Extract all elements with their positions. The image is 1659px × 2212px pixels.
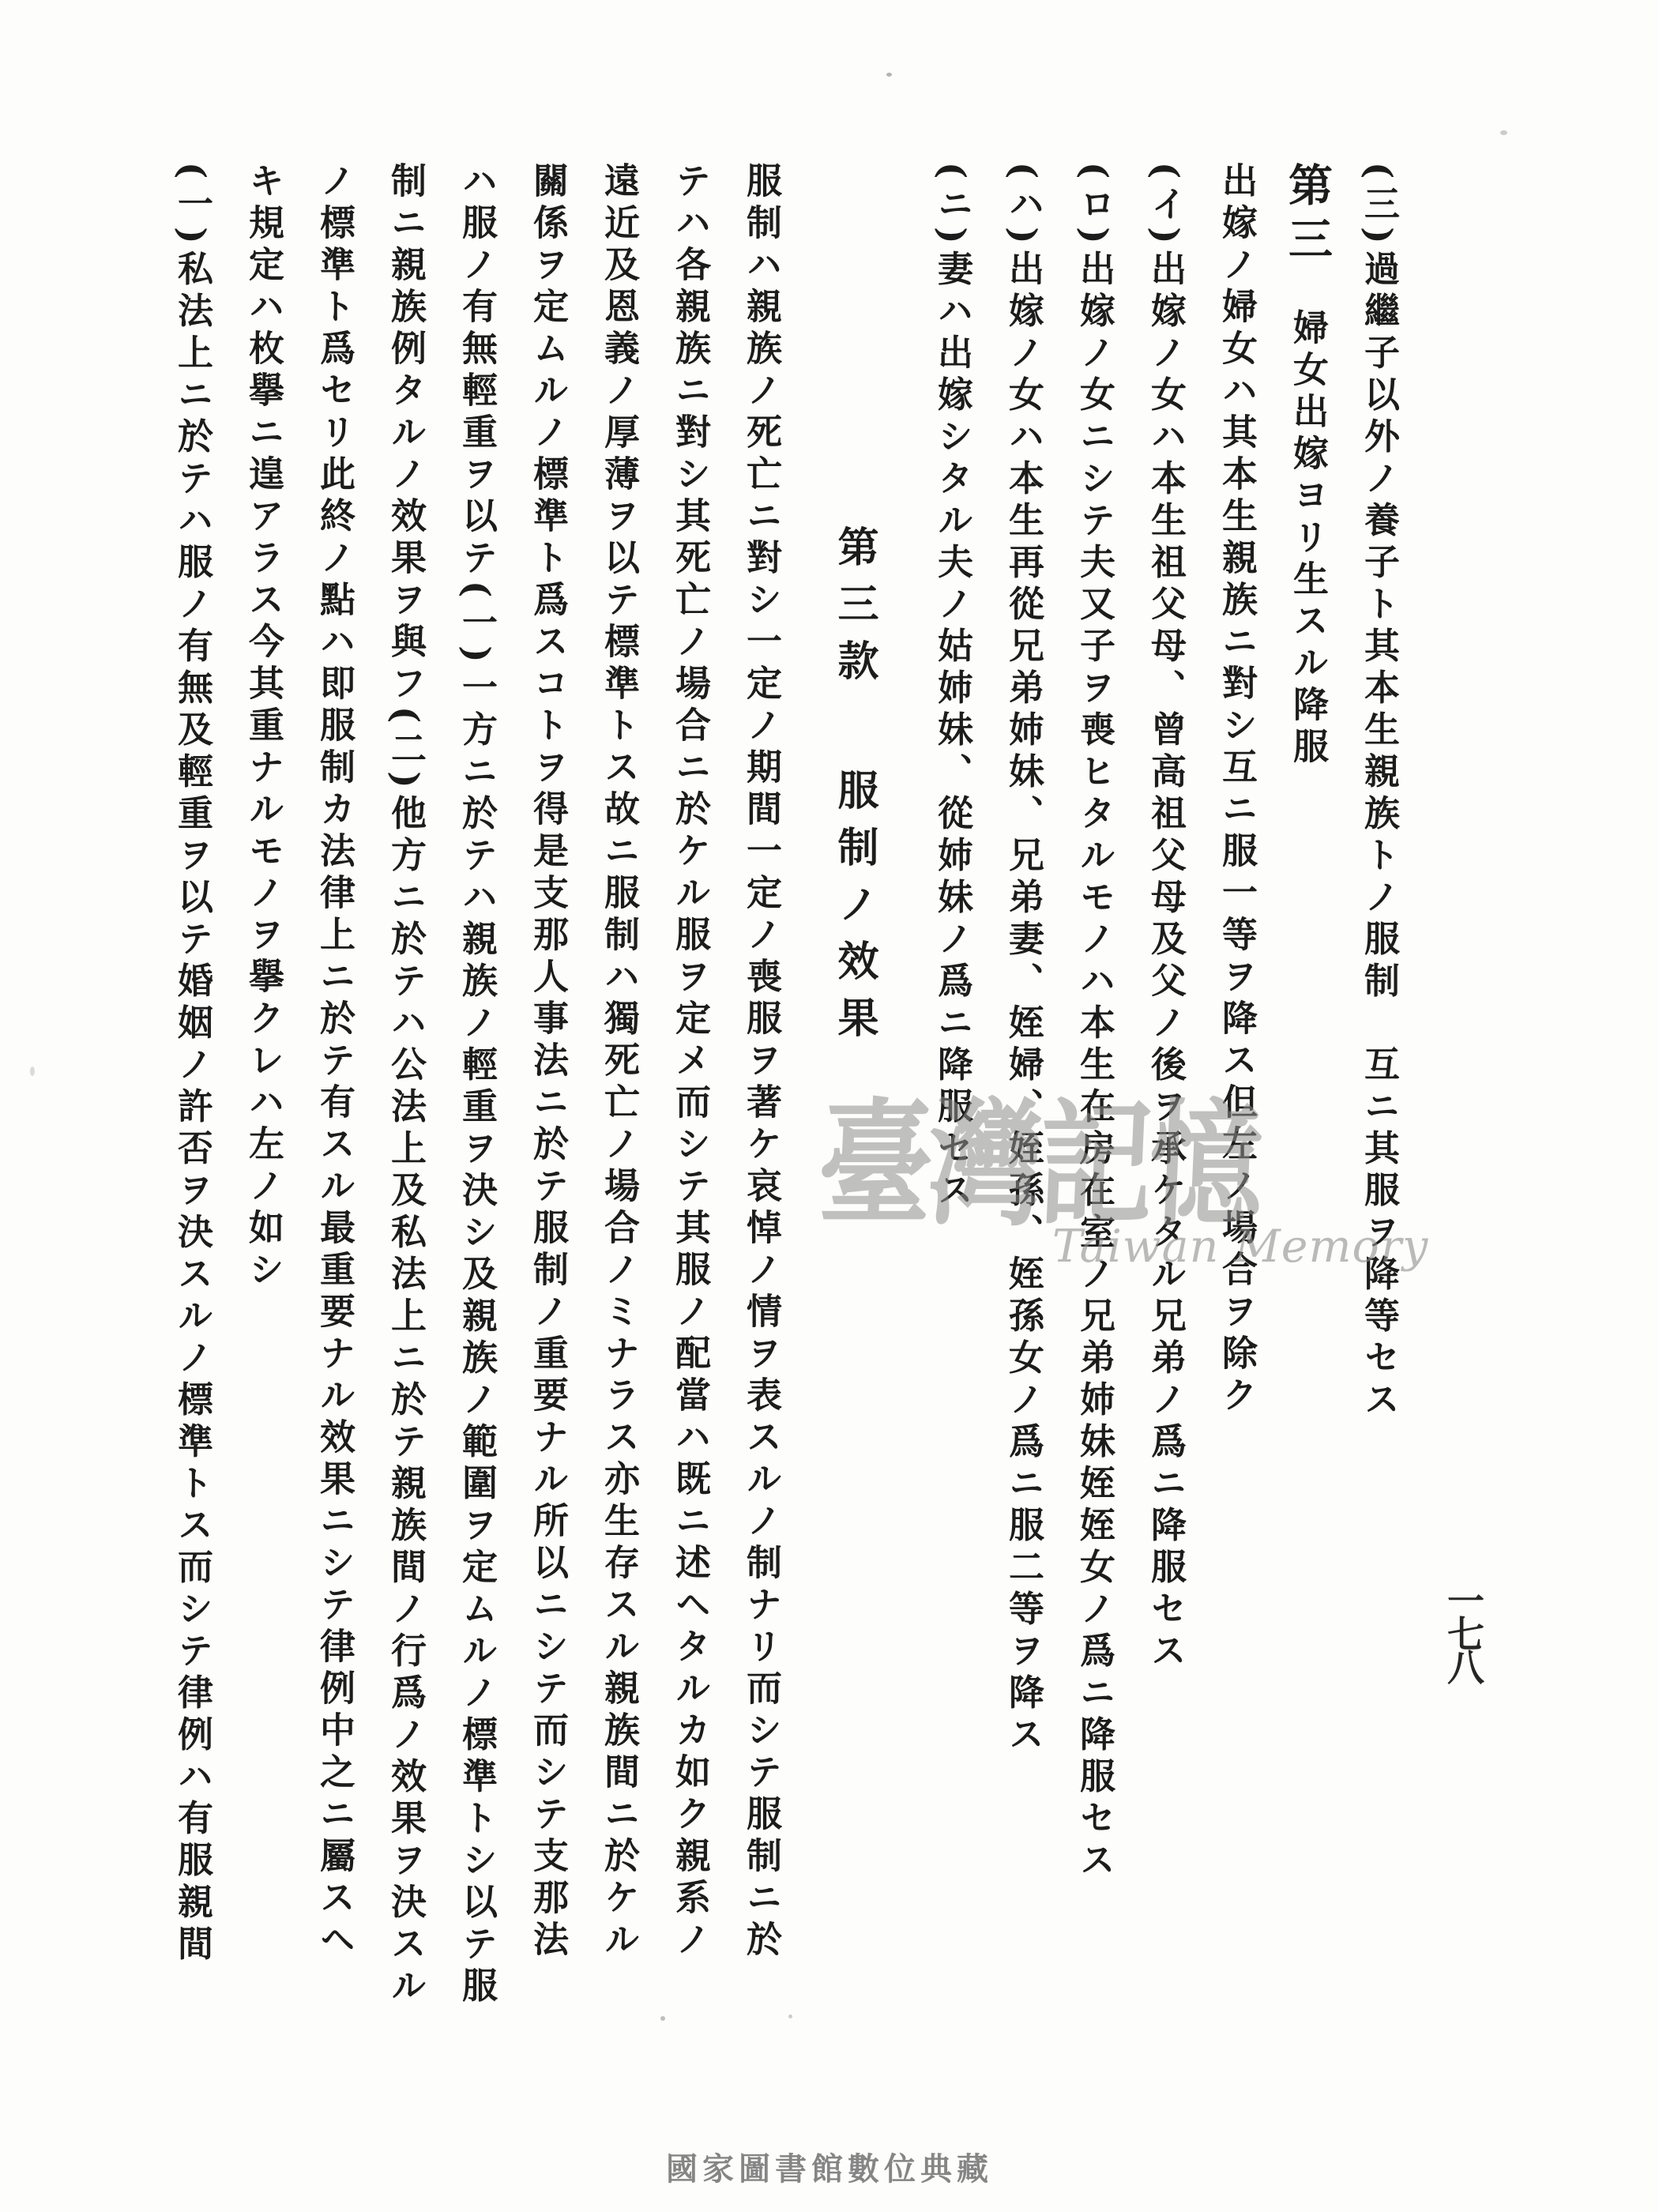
- text-column: 遠近及恩義ノ厚薄ヲ以テ標準トス故ニ服制ハ獨死亡ノ場合ノミナラス亦生存スル親族間ニ…: [583, 162, 654, 2026]
- text-column-section-3: 第三婦女出嫁ヨリ生スル降服: [1272, 162, 1343, 2026]
- scanned-page: (三)過繼子以外ノ養子ト其本生親族トノ服制 互ニ其服ヲ降等セス 第三婦女出嫁ヨリ…: [0, 0, 1659, 2212]
- watermark-latin: Taiwan Memory: [1052, 1221, 1428, 1273]
- footer-caption: 國家圖書館數位典藏: [600, 2144, 1059, 2189]
- page-number: 一七八: [1436, 1582, 1489, 1681]
- ink-speck: [1500, 130, 1507, 135]
- ink-speck: [886, 73, 892, 77]
- text-column: (一)私法上ニ於テハ服ノ有無及輕重ヲ以テ婚姻ノ許否ヲ決スルノ標準トス而シテ律例ハ…: [156, 162, 228, 2026]
- text-column: 關係ヲ定ムルノ標準ト爲スコトヲ得是支那人事法ニ於テ服制ノ重要ナル所以ニシテ而シテ…: [512, 162, 583, 2026]
- section-title: 婦女出嫁ヨリ生スル降服: [1287, 309, 1329, 769]
- text-column-item-3: (三)過繼子以外ノ養子ト其本生親族トノ服制 互ニ其服ヲ降等セス: [1343, 162, 1414, 2026]
- ink-speck: [30, 1066, 35, 1076]
- watermark-cjk: 臺灣記憶: [815, 1097, 1262, 1232]
- text-column: キ規定ハ枚擧ニ遑アラス今其重ナルモノヲ擧クレハ左ノ如シ: [228, 162, 299, 2026]
- text-column: ハ服ノ有無輕重ヲ以テ(一)一方ニ於テハ親族ノ輕重ヲ決シ及親族ノ範圍ヲ定ムルノ標準…: [441, 162, 512, 2026]
- subsection-number: 第三款: [830, 525, 878, 696]
- section-number: 第三: [1281, 162, 1334, 269]
- text-column: 制ニ親族例タルノ效果ヲ與フ(二)他方ニ於テハ公法上及私法上ニ於テ親族間ノ行爲ノ效…: [370, 162, 441, 2026]
- text-column: テハ各親族ニ對シ其死亡ノ場合ニ於ケル服ヲ定メ而シテ其服ノ配當ハ既ニ述ヘタルカ如ク…: [654, 162, 725, 2026]
- text-column: ノ標準ト爲セリ此終ノ點ハ即服制カ法律上ニ於テ有スル最重要ナル效果ニシテ律例中之ニ…: [299, 162, 370, 2026]
- subsection-title: 服制ノ效果: [830, 769, 878, 1053]
- text-column: 服制ハ親族ノ死亡ニ對シ一定ノ期間一定ノ喪服ヲ著ケ哀悼ノ情ヲ表スルノ制ナリ而シテ服…: [725, 162, 796, 2026]
